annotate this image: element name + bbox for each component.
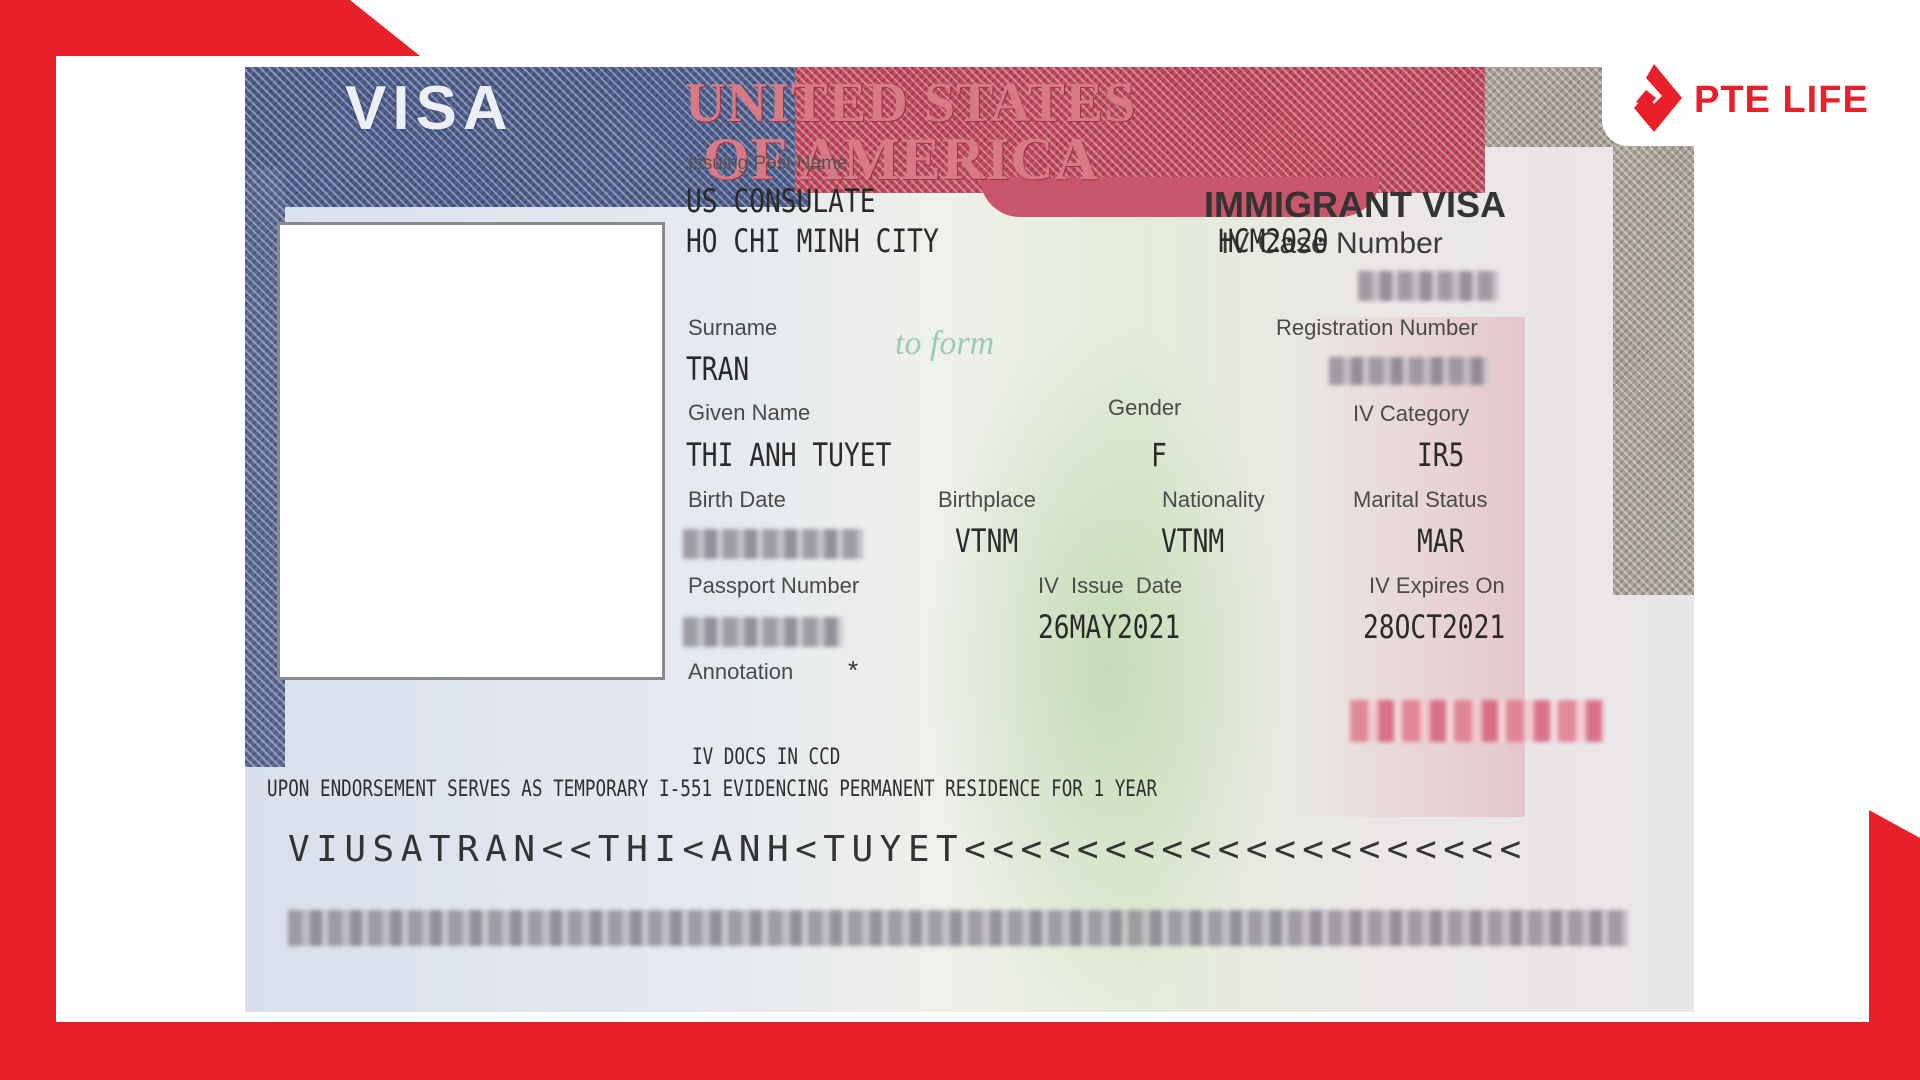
case-number-redacted (1358, 271, 1498, 301)
gender-label: Gender (1108, 395, 1181, 421)
nationality-value: VTNM (1161, 522, 1224, 560)
visa-document: VISA UNITED STATES OF AMERICA to form Is… (245, 67, 1694, 1012)
passport-number-redacted (683, 617, 843, 647)
marital-status-value: MAR (1417, 522, 1464, 560)
registration-number-label: Registration Number (1276, 315, 1478, 341)
passport-number-label: Passport Number (688, 573, 859, 599)
frame-left-bar (0, 0, 56, 1080)
issuing-post-value-line2: HO CHI MINH CITY (686, 222, 939, 260)
annotation-value: * (848, 655, 858, 686)
visa-header-word: VISA (345, 73, 514, 144)
mrz-line-2-redacted (288, 910, 1628, 946)
expires-on-value: 28OCT2021 (1363, 608, 1505, 646)
mrz-line-1: VIUSATRAN<<THI<ANH<TUYET<<<<<<<<<<<<<<<<… (288, 829, 1528, 870)
expires-on-label: IV Expires On (1369, 573, 1505, 599)
given-name-label: Given Name (688, 400, 810, 426)
watermark-text: to form (895, 325, 994, 363)
birthplace-label: Birthplace (938, 487, 1036, 513)
iv-category-label: IV Category (1353, 401, 1469, 427)
issuing-post-value-line1: US CONSULATE (686, 182, 876, 220)
marital-status-label: Marital Status (1353, 487, 1488, 513)
stamp-redacted (1350, 700, 1605, 742)
frame-right-bar (1869, 800, 1920, 1080)
remarks-endorsement: UPON ENDORSEMENT SERVES AS TEMPORARY I-5… (267, 777, 1157, 802)
frame-bottom-bar (0, 1022, 1920, 1080)
capitol-dome-background (1295, 317, 1525, 817)
visa-type: IMMIGRANT VISA (1204, 184, 1506, 226)
registration-number-redacted (1329, 357, 1489, 385)
annotation-label: Annotation (688, 659, 793, 685)
gender-value: F (1151, 436, 1167, 474)
surname-label: Surname (688, 315, 777, 341)
iv-category-value: IR5 (1417, 436, 1464, 474)
visa-gray-side-pattern (1613, 145, 1694, 595)
pte-life-diamond-logo-icon (1632, 62, 1684, 134)
birth-date-label: Birth Date (688, 487, 786, 513)
birth-date-redacted (683, 529, 863, 559)
photo-placeholder-redacted (277, 222, 665, 680)
remarks-docs: IV DOCS IN CCD (692, 745, 840, 770)
issue-date-value: 26MAY2021 (1038, 608, 1180, 646)
given-name-value: THI ANH TUYET (686, 436, 891, 474)
lincoln-statue-background (925, 317, 1285, 1012)
nationality-label: Nationality (1162, 487, 1265, 513)
brand-name: PTE LIFE (1694, 79, 1869, 122)
issue-date-label: IV Issue Date (1038, 573, 1182, 599)
issuing-post-label: Issuing Post Name (688, 153, 847, 175)
case-number-value: HCM2020 (1218, 222, 1329, 260)
surname-value: TRAN (686, 350, 749, 388)
frame-top-bar (0, 0, 1920, 56)
birthplace-value: VTNM (955, 522, 1018, 560)
